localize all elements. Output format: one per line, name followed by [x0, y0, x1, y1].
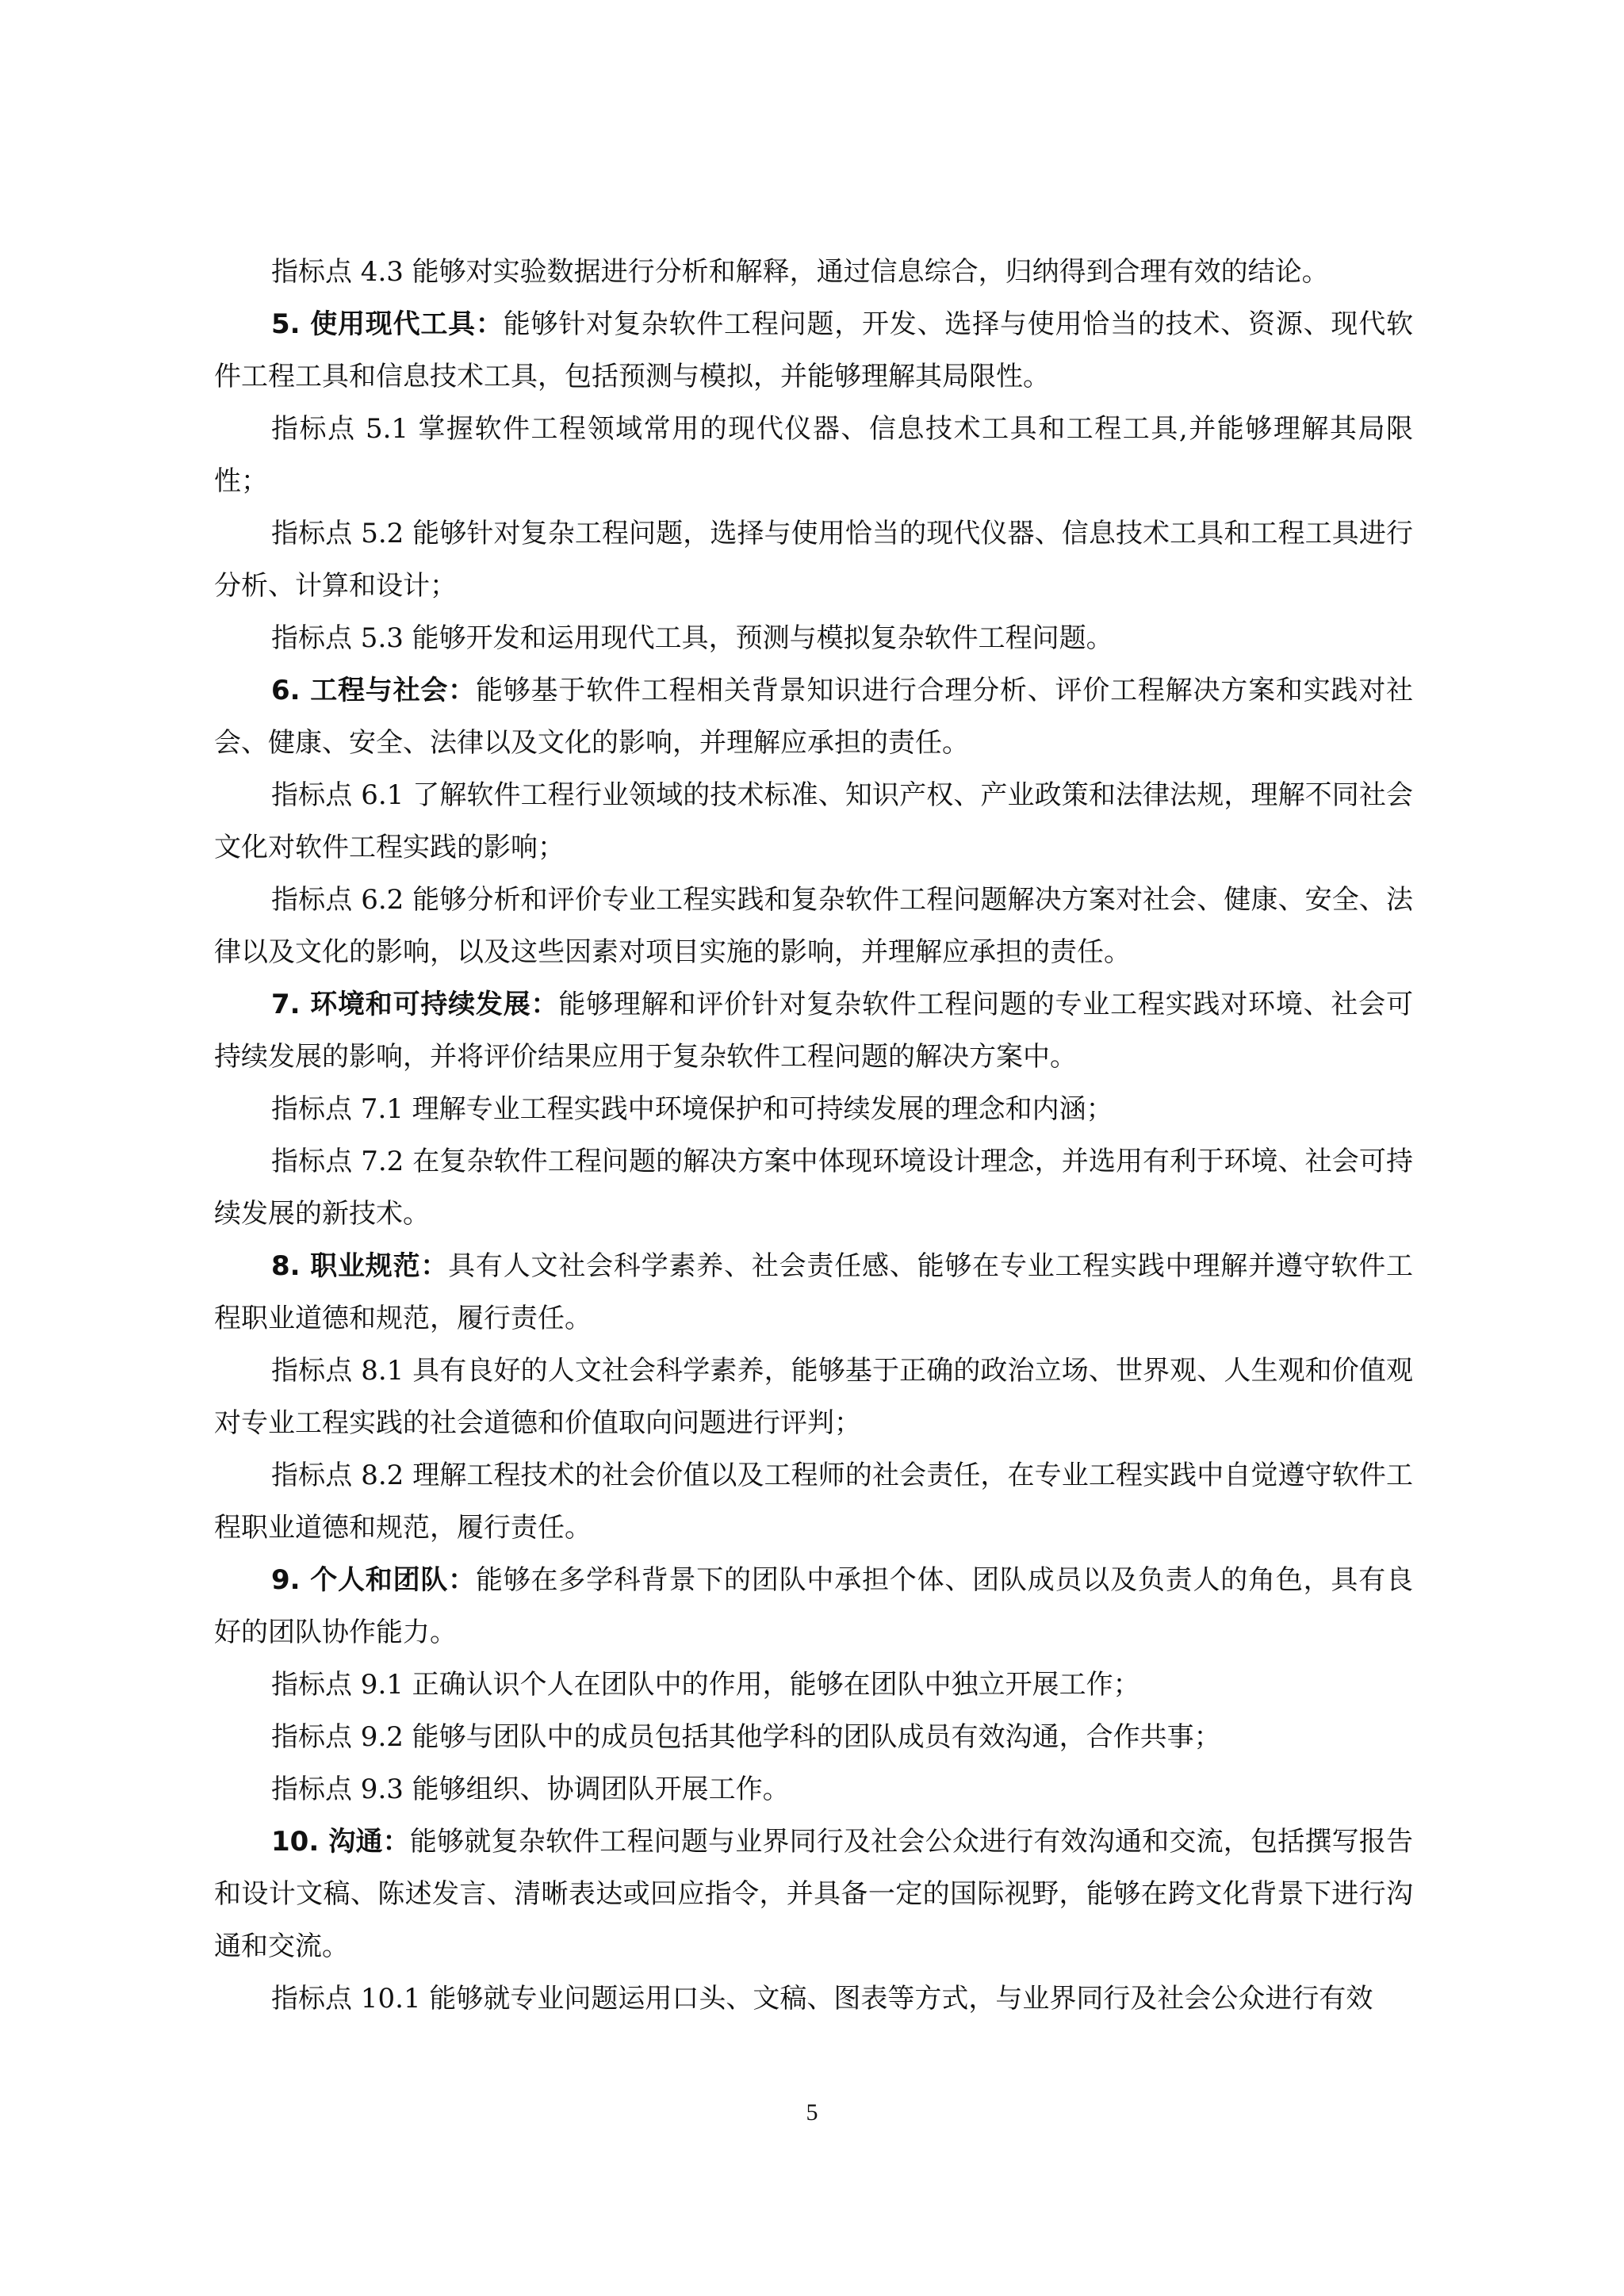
indicator-10-1: 指标点 10.1 能够就专业问题运用口头、文稿、图表等方式，与业界同行及社会公众…: [214, 1973, 1413, 2025]
paragraph-text: 指标点 8.2 理解工程技术的社会价值以及工程师的社会责任，在专业工程实践中自觉…: [214, 1460, 1413, 1544]
requirement-label: 6. 工程与社会：: [271, 675, 476, 706]
paragraph-text: 指标点 9.3 能够组织、协调团队开展工作。: [271, 1774, 790, 1805]
indicator-9-1: 指标点 9.1 正确认识个人在团队中的作用，能够在团队中独立开展工作；: [214, 1659, 1413, 1711]
requirement-label: 8. 职业规范：: [271, 1250, 448, 1282]
requirement-label: 5. 使用现代工具：: [271, 308, 504, 340]
paragraph-text: 指标点 7.2 在复杂软件工程问题的解决方案中体现环境设计理念，并选用有利于环境…: [214, 1146, 1413, 1230]
paragraph-text: 指标点 10.1 能够就专业问题运用口头、文稿、图表等方式，与业界同行及社会公众…: [271, 1983, 1373, 2015]
requirement-8-professional-norms: 8. 职业规范：具有人文社会科学素养、社会责任感、能够在专业工程实践中理解并遵守…: [214, 1240, 1413, 1345]
paragraph-text: 指标点 9.1 正确认识个人在团队中的作用，能够在团队中独立开展工作；: [271, 1669, 1140, 1701]
paragraph-text: 指标点 5.1 掌握软件工程领域常用的现代仪器、信息技术工具和工程工具,并能够理…: [214, 413, 1413, 497]
paragraph-text: 指标点 5.2 能够针对复杂工程问题，选择与使用恰当的现代仪器、信息技术工具和工…: [214, 518, 1413, 602]
requirement-9-teamwork: 9. 个人和团队：能够在多学科背景下的团队中承担个体、团队成员以及负责人的角色，…: [214, 1554, 1413, 1659]
paragraph-text: 指标点 9.2 能够与团队中的成员包括其他学科的团队成员有效沟通，合作共事；: [271, 1721, 1221, 1753]
requirement-7-environment: 7. 环境和可持续发展：能够理解和评价针对复杂软件工程问题的专业工程实践对环境、…: [214, 978, 1413, 1083]
indicator-7-2: 指标点 7.2 在复杂软件工程问题的解决方案中体现环境设计理念，并选用有利于环境…: [214, 1135, 1413, 1240]
indicator-6-2: 指标点 6.2 能够分析和评价专业工程实践和复杂软件工程问题解决方案对社会、健康…: [214, 874, 1413, 978]
paragraph-text: 指标点 8.1 具有良好的人文社会科学素养，能够基于正确的政治立场、世界观、人生…: [214, 1355, 1413, 1439]
indicator-4-3: 指标点 4.3 能够对实验数据进行分析和解释，通过信息综合，归纳得到合理有效的结…: [214, 246, 1413, 298]
paragraph-text: 指标点 6.1 了解软件工程行业领域的技术标准、知识产权、产业政策和法律法规，理…: [214, 779, 1413, 863]
indicator-5-1: 指标点 5.1 掌握软件工程领域常用的现代仪器、信息技术工具和工程工具,并能够理…: [214, 403, 1413, 507]
requirement-label: 10. 沟通：: [271, 1826, 410, 1858]
indicator-9-3: 指标点 9.3 能够组织、协调团队开展工作。: [214, 1763, 1413, 1816]
paragraph-text: 指标点 6.2 能够分析和评价专业工程实践和复杂软件工程问题解决方案对社会、健康…: [214, 884, 1413, 968]
indicator-7-1: 指标点 7.1 理解专业工程实践中环境保护和可持续发展的理念和内涵；: [214, 1083, 1413, 1135]
document-body: 指标点 4.3 能够对实验数据进行分析和解释，通过信息综合，归纳得到合理有效的结…: [214, 246, 1413, 2025]
page-number: 5: [0, 2099, 1624, 2126]
indicator-8-1: 指标点 8.1 具有良好的人文社会科学素养，能够基于正确的政治立场、世界观、人生…: [214, 1345, 1413, 1449]
indicator-8-2: 指标点 8.2 理解工程技术的社会价值以及工程师的社会责任，在专业工程实践中自觉…: [214, 1449, 1413, 1554]
requirement-10-communication: 10. 沟通：能够就复杂软件工程问题与业界同行及社会公众进行有效沟通和交流，包括…: [214, 1816, 1413, 1973]
paragraph-text: 指标点 5.3 能够开发和运用现代工具，预测与模拟复杂软件工程问题。: [271, 622, 1113, 654]
indicator-5-3: 指标点 5.3 能够开发和运用现代工具，预测与模拟复杂软件工程问题。: [214, 612, 1413, 664]
paragraph-text: 指标点 7.1 理解专业工程实践中环境保护和可持续发展的理念和内涵；: [271, 1093, 1113, 1125]
indicator-9-2: 指标点 9.2 能够与团队中的成员包括其他学科的团队成员有效沟通，合作共事；: [214, 1711, 1413, 1763]
indicator-5-2: 指标点 5.2 能够针对复杂工程问题，选择与使用恰当的现代仪器、信息技术工具和工…: [214, 507, 1413, 612]
indicator-6-1: 指标点 6.1 了解软件工程行业领域的技术标准、知识产权、产业政策和法律法规，理…: [214, 769, 1413, 874]
requirement-label: 9. 个人和团队：: [271, 1564, 476, 1596]
requirement-6-engineering-society: 6. 工程与社会：能够基于软件工程相关背景知识进行合理分析、评价工程解决方案和实…: [214, 664, 1413, 769]
requirement-label: 7. 环境和可持续发展：: [271, 989, 558, 1020]
paragraph-text: 指标点 4.3 能够对实验数据进行分析和解释，通过信息综合，归纳得到合理有效的结…: [271, 256, 1329, 288]
requirement-5-modern-tools: 5. 使用现代工具：能够针对复杂软件工程问题，开发、选择与使用恰当的技术、资源、…: [214, 298, 1413, 403]
